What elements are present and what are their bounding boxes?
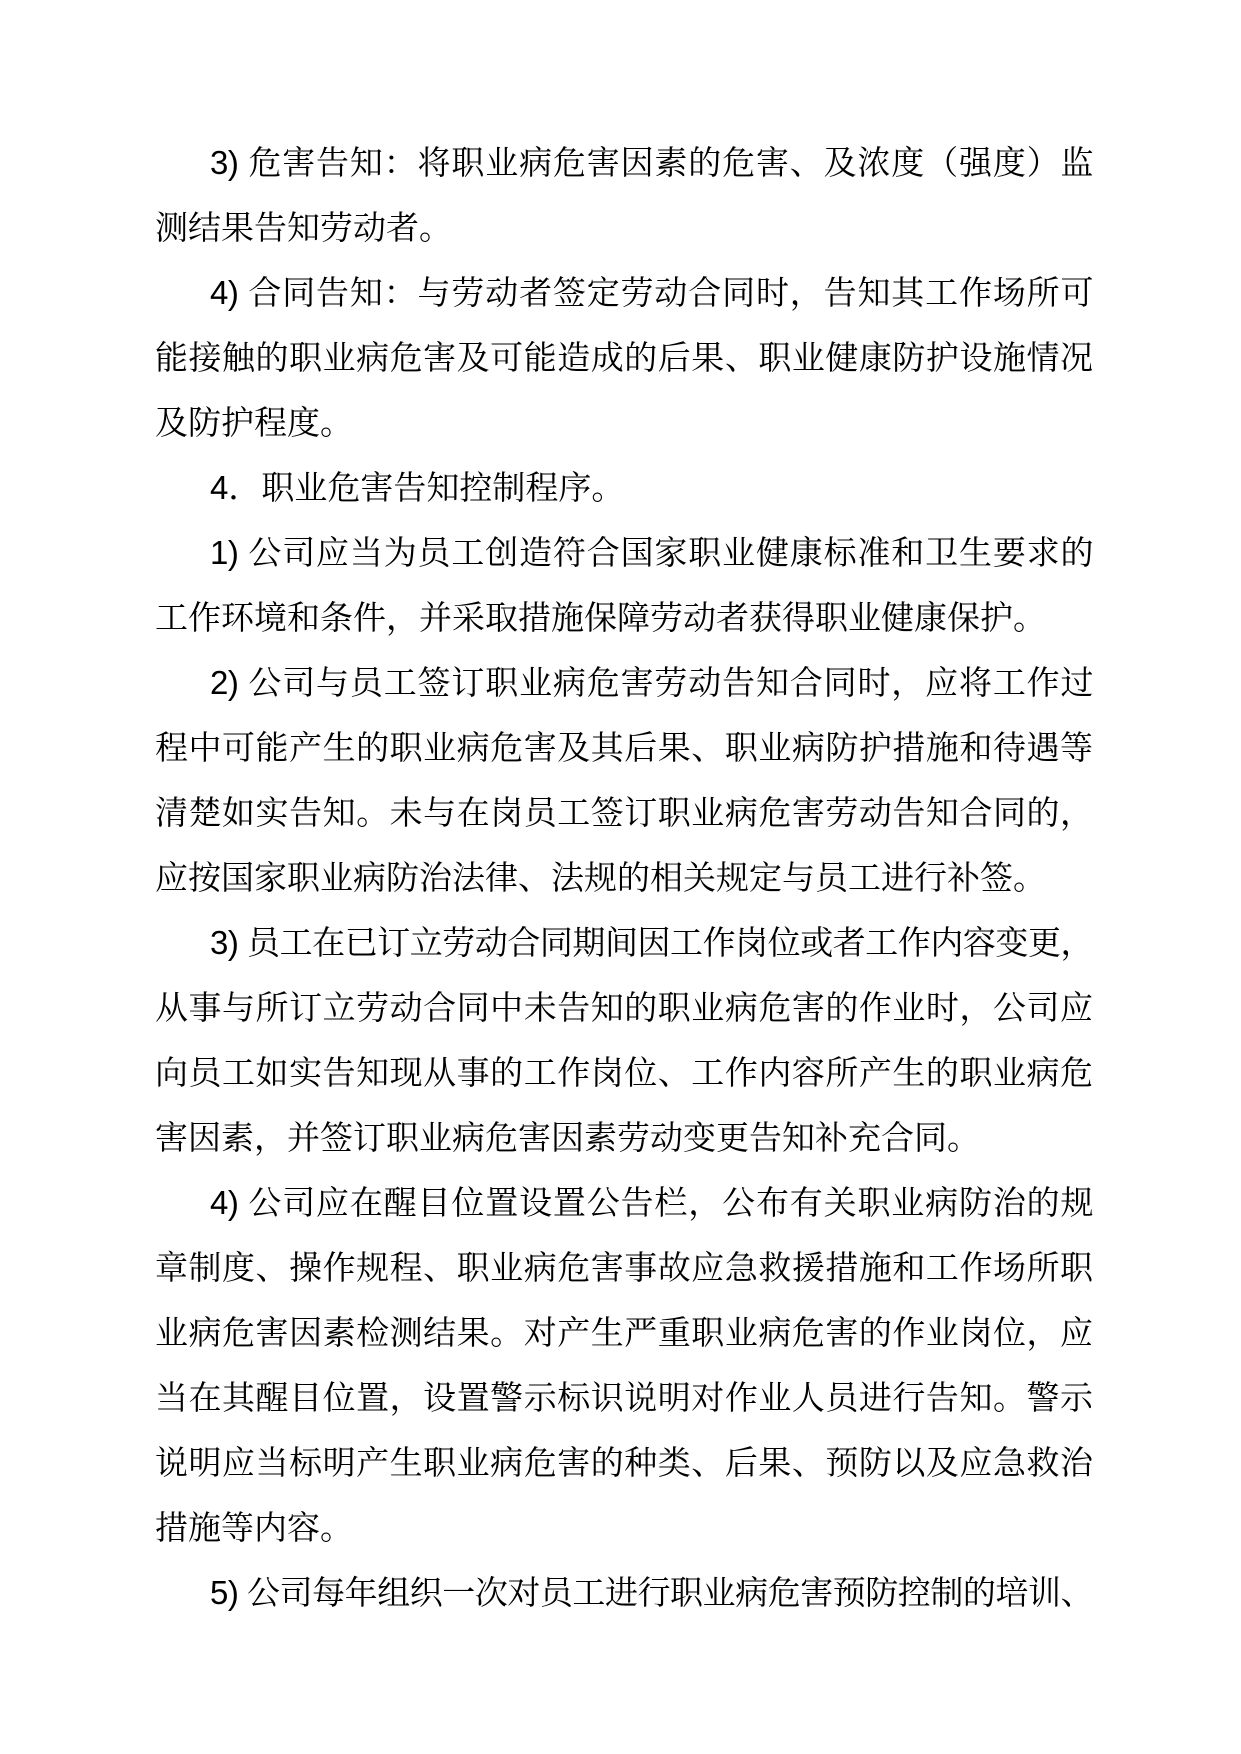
text-line-01: 3) 危害告知：将职业病危害因素的危害、及浓度（强度）监: [155, 130, 1093, 195]
text-line-09: 2) 公司与员工签订职业病危害劳动告知合同时，应将工作过: [155, 650, 1093, 715]
text-line-12: 应按国家职业病防治法律、法规的相关规定与员工进行补签。: [155, 845, 1093, 910]
text-line-20: 当在其醒目位置，设置警示标识说明对作业人员进行告知。警示: [155, 1365, 1093, 1430]
text-line-06: 4．职业危害告知控制程序。: [155, 455, 1093, 520]
text-line-23: 5) 公司每年组织一次对员工进行职业病危害预防控制的培训、: [155, 1560, 1093, 1625]
text-line-05: 及防护程度。: [155, 390, 1093, 455]
text-line-04: 能接触的职业病危害及可能造成的后果、职业健康防护设施情况: [155, 325, 1093, 390]
text-line-13: 3) 员工在已订立劳动合同期间因工作岗位或者工作内容变更，: [155, 910, 1093, 975]
text-line-18: 章制度、操作规程、职业病危害事故应急救援措施和工作场所职: [155, 1235, 1093, 1300]
text-line-22: 措施等内容。: [155, 1495, 1093, 1560]
text-line-19: 业病危害因素检测结果。对产生严重职业病危害的作业岗位，应: [155, 1300, 1093, 1365]
text-block: 3) 危害告知：将职业病危害因素的危害、及浓度（强度）监 测结果告知劳动者。 4…: [155, 130, 1093, 1625]
text-line-07: 1) 公司应当为员工创造符合国家职业健康标准和卫生要求的: [155, 520, 1093, 585]
text-line-10: 程中可能产生的职业病危害及其后果、职业病防护措施和待遇等: [155, 715, 1093, 780]
text-line-08: 工作环境和条件，并采取措施保障劳动者获得职业健康保护。: [155, 585, 1093, 650]
text-line-14: 从事与所订立劳动合同中未告知的职业病危害的作业时，公司应: [155, 975, 1093, 1040]
text-line-03: 4) 合同告知：与劳动者签定劳动合同时，告知其工作场所可: [155, 260, 1093, 325]
document-page: 3) 危害告知：将职业病危害因素的危害、及浓度（强度）监 测结果告知劳动者。 4…: [0, 0, 1241, 1754]
text-line-02: 测结果告知劳动者。: [155, 195, 1093, 260]
text-line-21: 说明应当标明产生职业病危害的种类、后果、预防以及应急救治: [155, 1430, 1093, 1495]
text-line-17: 4) 公司应在醒目位置设置公告栏，公布有关职业病防治的规: [155, 1170, 1093, 1235]
text-line-15: 向员工如实告知现从事的工作岗位、工作内容所产生的职业病危: [155, 1040, 1093, 1105]
text-line-11: 清楚如实告知。未与在岗员工签订职业病危害劳动告知合同的，: [155, 780, 1093, 845]
text-line-16: 害因素，并签订职业病危害因素劳动变更告知补充合同。: [155, 1105, 1093, 1170]
